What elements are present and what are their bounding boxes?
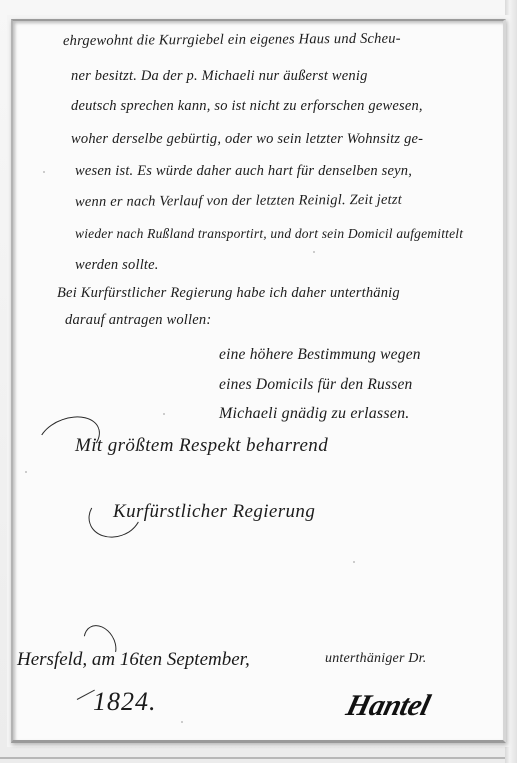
body-line-2: ner besitzt. Da der p. Michaeli nur äuße… xyxy=(71,68,368,85)
author-signature: Hantel xyxy=(343,689,433,723)
body-line-5: wesen ist. Es würde daher auch hart für … xyxy=(75,163,412,180)
paper-speck xyxy=(43,171,45,173)
request-line-1: eine höhere Bestimmung wegen xyxy=(219,346,421,364)
body-line-1: ehrgewohnt die Kurrgiebel ein eigenes Ha… xyxy=(63,31,401,50)
body-line-3: deutsch sprechen kann, so ist nicht zu e… xyxy=(71,98,423,115)
year: 1824. xyxy=(93,687,157,717)
body-line-4: woher derselbe gebürtig, oder wo sein le… xyxy=(71,131,423,148)
paper-speck xyxy=(181,721,183,723)
frame-right-edge xyxy=(505,0,517,763)
body-line-7: wieder nach Rußland transportirt, und do… xyxy=(75,226,463,242)
request-line-3: Michaeli gnädig zu erlassen. xyxy=(219,405,409,423)
paper-speck xyxy=(25,471,27,473)
place-and-date: Hersfeld, am 16ten September, xyxy=(17,649,250,671)
body-line-8: werden sollte. xyxy=(75,257,159,274)
signoff-subscript: unterthäniger Dr. xyxy=(325,651,426,667)
paper-speck xyxy=(163,413,165,415)
paper-speck xyxy=(313,251,315,253)
paper-speck xyxy=(353,561,355,563)
closing-line-1: Mit größtem Respekt beharrend xyxy=(75,435,328,457)
body-line-9: Bei Kurfürstlicher Regierung habe ich da… xyxy=(57,285,400,302)
body-line-10: darauf antragen wollen: xyxy=(65,312,211,329)
closing-line-2: Kurfürstlicher Regierung xyxy=(113,501,315,523)
body-line-6: wenn er nach Verlauf von der letzten Rei… xyxy=(75,192,402,211)
manuscript-page: ehrgewohnt die Kurrgiebel ein eigenes Ha… xyxy=(11,19,506,743)
request-line-2: eines Domicils für den Russen xyxy=(219,376,413,394)
